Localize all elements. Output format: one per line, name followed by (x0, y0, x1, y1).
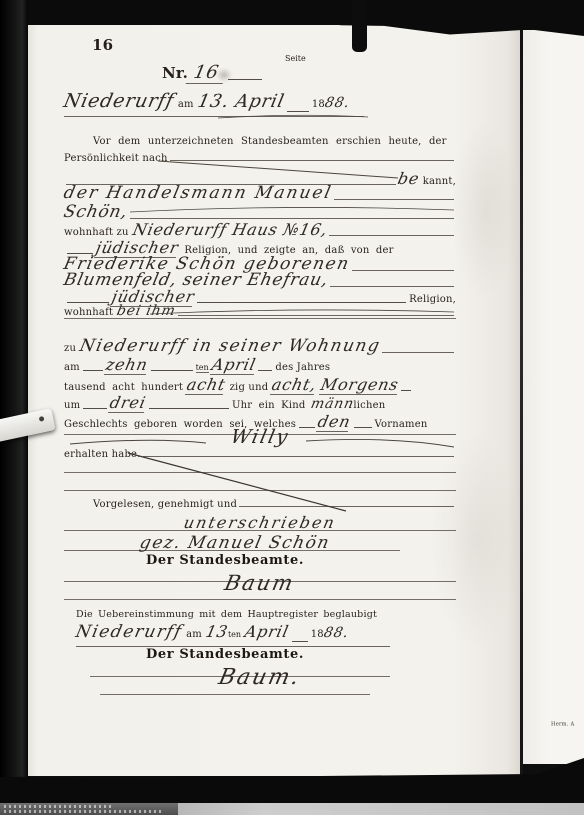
page-marker-hole (39, 416, 45, 422)
wohnhaft-zu-label: wohnhaft zu (64, 227, 129, 238)
child-name-line: Willy (64, 426, 456, 448)
page-number: 16 (92, 36, 113, 54)
tausend-label: tausend acht hundert (64, 382, 183, 393)
birth-time-line: um drei Uhr ein Kind männ lichen (64, 393, 456, 413)
mother-residence-line: wohnhaft bei ihm (64, 303, 456, 319)
am-label: am (178, 99, 194, 110)
registrar-signature-2: Baum. (64, 665, 456, 690)
intro-line: Vor dem unterzeichneten Standesbeamten e… (93, 136, 447, 147)
ruled-blank (228, 79, 262, 80)
declarant-text: der Handelsmann Manuel (62, 183, 334, 203)
cert-month-handwritten: April (243, 622, 291, 641)
certification-dateline: Niederurff am 13 ten April 18 88. (76, 622, 390, 647)
vorgelesen-label: Vorgelesen, genehmigt und (93, 499, 237, 510)
birth-day-handwritten: zehn (104, 355, 150, 375)
ruled-blank (334, 199, 454, 200)
scanned-register-document: 16 Seite Nr. 16 Niederurff am 13. April … (0, 0, 584, 815)
declarant-residence-line: wohnhaft zu Niederurff Haus №16, (64, 220, 456, 239)
paper-stain (430, 430, 520, 650)
ruled-blank (143, 456, 454, 457)
microfilm-label-text-noise (4, 810, 164, 813)
birth-place-handwritten: Niederurff in seiner Wohnung (78, 336, 383, 356)
zig-und-label: zig und (230, 382, 269, 393)
declarant-name-line2: Schön, (64, 202, 456, 222)
ten-suffix-printed: ten (196, 363, 209, 373)
des-jahres-label: des Jahres (275, 362, 330, 373)
persoenlichkeit-text: Persönlichkeit nach (64, 153, 168, 164)
birth-date-line: am zehn ten April des Jahres (64, 355, 456, 375)
nr-value-handwritten: 16 (186, 62, 227, 84)
registrar-signature-1: Baum (64, 571, 456, 595)
zu-label: zu (64, 343, 76, 354)
ruled-blank (287, 111, 309, 112)
ruled-blank-line (64, 472, 456, 473)
ruled-blank (401, 390, 411, 391)
gender-handwritten: männ (309, 396, 355, 412)
record-number-line: Nr. 16 (162, 62, 265, 84)
declarant-name-line1: der Handelsmann Manuel (64, 183, 456, 203)
morgens-handwritten: Morgens (319, 375, 401, 395)
ruled-blank (239, 506, 454, 507)
ruled-blank (130, 218, 454, 219)
seite-label-text: Seite (285, 54, 306, 63)
ruled-blank (382, 352, 454, 353)
cert-ten-suffix: ten (228, 630, 241, 639)
ruled-blank (329, 235, 454, 236)
film-mark (352, 0, 367, 52)
microfilm-label-text-noise (4, 805, 114, 808)
seite-label: Seite (285, 54, 306, 63)
page-number-text: 16 (92, 36, 113, 54)
birth-place-line: zu Niederurff in seiner Wohnung (64, 336, 456, 356)
microfilm-footer-strip (0, 803, 584, 815)
cert-place-handwritten: Niederurff (74, 622, 184, 642)
ruled-blank (83, 370, 103, 371)
ruled-blank (258, 370, 272, 371)
declarant-signature-handwritten: gez. Manuel Schön (138, 533, 332, 553)
ruled-blank-line (64, 490, 456, 491)
registrar-signature-handwritten: Baum (223, 571, 297, 595)
ruled-blank-line (64, 599, 456, 600)
cert-am-label: am (186, 629, 202, 640)
um-label: um (64, 400, 80, 411)
year-unit-handwritten: acht, (270, 375, 319, 395)
persoenlichkeit-line: Persönlichkeit nach (64, 153, 456, 164)
uhr-ein-kind-label: Uhr ein Kind (232, 400, 305, 411)
erhalten-label: erhalten habe. (64, 449, 141, 460)
vorgelesen-line: Vorgelesen, genehmigt und (93, 499, 456, 510)
header-dateline: Niederurff am 13. April 18 88. (64, 90, 364, 117)
ruled-blank (292, 641, 308, 642)
residence-handwritten: Niederurff Haus №16, (131, 220, 330, 239)
film-edge-left (0, 0, 28, 803)
declarant-signature-line: gez. Manuel Schön (140, 533, 330, 553)
unterschrieben-line: unterschrieben (64, 513, 456, 532)
wohnhaft-label: wohnhaft (64, 307, 113, 318)
paper-stain (450, 120, 520, 300)
ruled-blank-line (100, 694, 370, 695)
erhalten-line: erhalten habe. (64, 449, 456, 460)
ruled-blank (151, 370, 193, 371)
certification-text: Die Uebereinstimmung mit dem Hauptregist… (76, 609, 377, 620)
cert-year-handwritten: 88. (322, 625, 350, 641)
ruled-blank (178, 315, 454, 316)
year-handwritten: 88. (323, 95, 351, 111)
printer-mark: Herm. A (551, 721, 574, 727)
registrar-title-2: Der Standesbeamte. (146, 647, 304, 662)
date-handwritten: 13. April (195, 91, 286, 112)
microfilm-label (0, 803, 178, 815)
registrar-title-text: Der Standesbeamte. (146, 647, 304, 662)
unterschrieben-handwritten: unterschrieben (182, 513, 338, 532)
registrar-title-text: Der Standesbeamte. (146, 553, 304, 568)
declarant-surname: Schön, (62, 202, 130, 222)
decade-handwritten: acht (185, 375, 228, 395)
ruled-blank (149, 408, 229, 409)
registrar-signature-handwritten: Baum. (217, 665, 304, 690)
child-name-handwritten: Willy (229, 426, 292, 448)
place-handwritten: Niederurff (62, 90, 177, 112)
certification-line: Die Uebereinstimmung mit dem Hauptregist… (76, 609, 377, 620)
hour-handwritten: drei (108, 393, 148, 413)
next-page-edge (523, 30, 584, 764)
birth-year-line: tausend acht hundert acht zig und acht, … (64, 375, 456, 395)
nr-label: Nr. (162, 64, 188, 82)
registrar-title-1: Der Standesbeamte. (146, 553, 304, 568)
ruled-blank (170, 160, 454, 161)
birth-month-handwritten: April (210, 355, 258, 375)
intro-text: Vor dem unterzeichneten Standesbeamten e… (93, 136, 447, 147)
am-label: am (64, 362, 80, 373)
cert-day-handwritten: 13 (204, 622, 230, 641)
gender-suffix-printed: lichen (353, 400, 385, 411)
bei-ihm-handwritten: bei ihm (115, 303, 177, 319)
ruled-blank (83, 408, 107, 409)
